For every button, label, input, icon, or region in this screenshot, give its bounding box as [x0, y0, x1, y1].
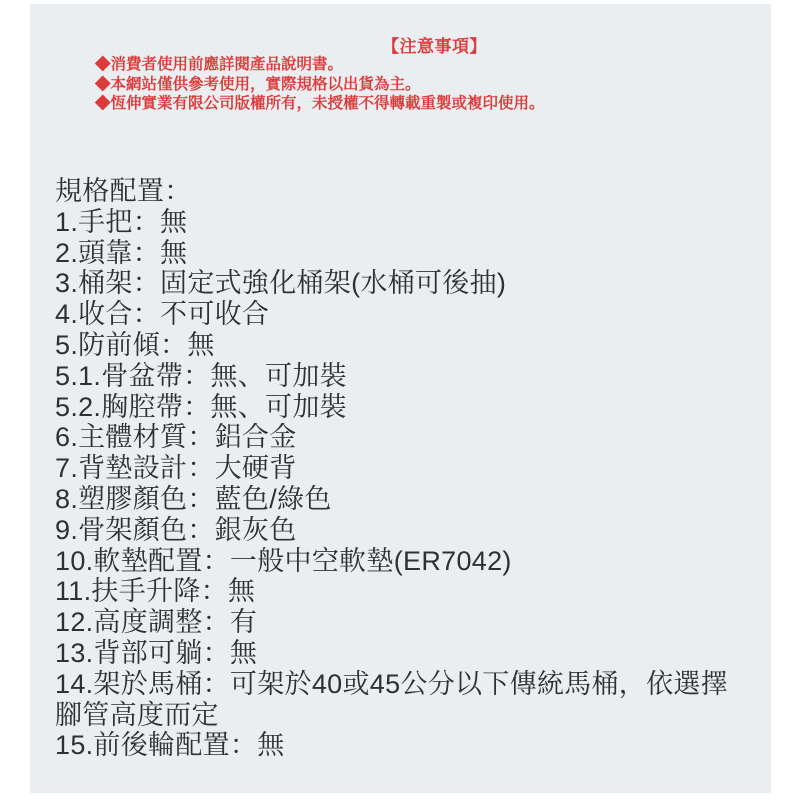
spec-item: 9.骨架顏色：銀灰色	[55, 515, 749, 546]
spec-item: 8.塑膠顏色：藍色/綠色	[55, 484, 749, 515]
spec-item: 5.1.骨盆帶：無、可加裝	[55, 361, 749, 392]
spec-item: 5.防前傾：無	[55, 330, 749, 361]
spec-item: 7.背墊設計：大硬背	[55, 453, 749, 484]
spec-item: 2.頭靠：無	[55, 238, 749, 269]
notice-line: ◆消費者使用前應詳閱產品說明書。	[95, 55, 545, 75]
spec-item: 15.前後輪配置：無	[55, 730, 749, 761]
notice-line: ◆恆伸實業有限公司版權所有，未授權不得轉載重製或複印使用。	[95, 94, 545, 114]
spec-item: 14.架於馬桶：可架於40或45公分以下傳統馬桶，依選擇腳管高度而定	[55, 669, 749, 731]
spec-item: 3.桶架：固定式強化桶架(水桶可後抽)	[55, 268, 749, 299]
spec-item: 6.主體材質：鋁合金	[55, 422, 749, 453]
spec-item: 5.2.胸腔帶：無、可加裝	[55, 392, 749, 423]
spec-image-panel: 【注意事項】 ◆消費者使用前應詳閱產品說明書。◆本網站僅供參考使用，實際規格以出…	[30, 4, 771, 793]
spec-item: 1.手把：無	[55, 207, 749, 238]
spec-item: 10.軟墊配置：一般中空軟墊(ER7042)	[55, 546, 749, 577]
spec-section: 規格配置： 1.手把：無2.頭靠：無3.桶架：固定式強化桶架(水桶可後抽)4.收…	[55, 176, 749, 761]
notice-list: ◆消費者使用前應詳閱產品說明書。◆本網站僅供參考使用，實際規格以出貨為主。◆恆伸…	[95, 55, 545, 114]
spec-item: 4.收合：不可收合	[55, 299, 749, 330]
product-spec-page: 【注意事項】 ◆消費者使用前應詳閱產品說明書。◆本網站僅供參考使用，實際規格以出…	[0, 0, 800, 800]
spec-item: 12.高度調整：有	[55, 607, 749, 638]
notice-title: 【注意事項】	[64, 32, 771, 57]
notice-line: ◆本網站僅供參考使用，實際規格以出貨為主。	[95, 75, 545, 95]
spec-item: 13.背部可躺：無	[55, 638, 749, 669]
spec-list: 1.手把：無2.頭靠：無3.桶架：固定式強化桶架(水桶可後抽)4.收合：不可收合…	[55, 207, 749, 761]
spec-heading: 規格配置：	[55, 176, 749, 207]
spec-item: 11.扶手升降：無	[55, 576, 749, 607]
